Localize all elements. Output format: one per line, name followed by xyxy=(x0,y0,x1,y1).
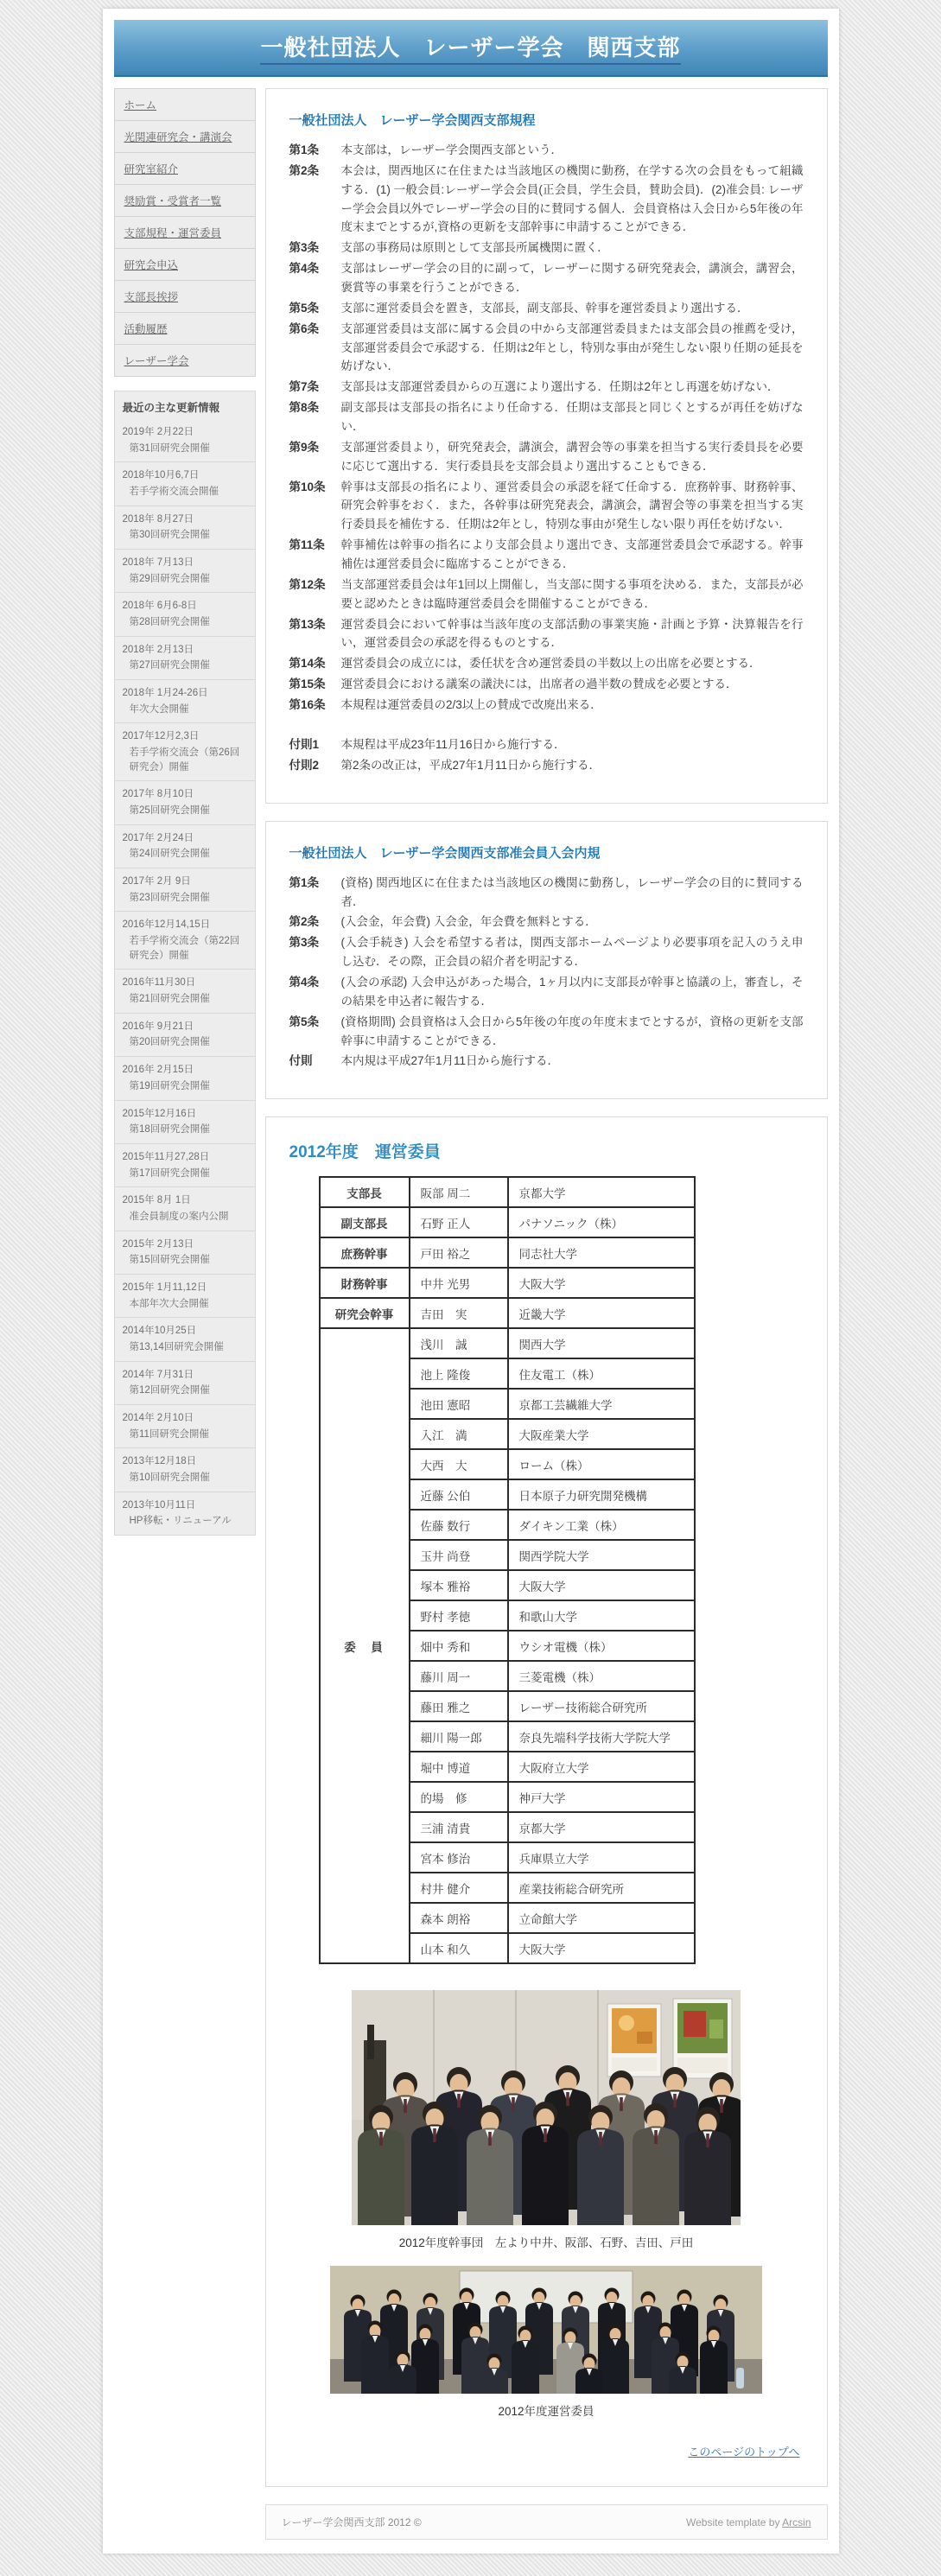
regulation-article: 第16条 本規程は運営委員の2/3以上の賛成で改廃出来る． xyxy=(289,696,804,715)
regulation-article: 第15条 運営委員会における議案の議決には，出席者の過半数の賛成を必要とする． xyxy=(289,675,804,694)
membership-article: 第1条 (資格) 関西地区に在住または当該地区の機関に勤務し，レーザー学会の目的… xyxy=(289,874,804,912)
update-entry: 2018年 6月6-8日 第28回研究会開催 xyxy=(115,592,255,635)
sidebar-nav-item[interactable]: レーザー学会 xyxy=(115,345,255,377)
article-label: 第5条 xyxy=(289,1013,341,1051)
sidebar-nav-item[interactable]: 奨励賞・受賞者一覧 xyxy=(115,185,255,217)
update-date: 2014年10月25日 xyxy=(123,1324,247,1339)
supplementary-provision: 付則1 本規程は平成23年11月16日から施行する． xyxy=(289,735,804,754)
update-entry: 2016年11月30日 第21回研究会開催 xyxy=(115,969,255,1012)
committee-member-row: 細川 陽一郎 奈良先端科学技術大学院大学 xyxy=(410,1721,694,1751)
update-event: 第15回研究会開催 xyxy=(123,1253,247,1268)
update-event: 第20回研究会開催 xyxy=(123,1035,247,1050)
update-entry: 2019年 2月22日 第31回研究会開催 xyxy=(115,419,255,461)
page-container: 一般社団法人 レーザー学会 関西支部 ホーム 光関連研究会・講演会 研究室紹介 … xyxy=(103,9,839,2554)
article-text: (資格期間) 会員資格は入会日から5年後の年度の年度末までとするが，資格の更新を… xyxy=(341,1013,804,1051)
article-label: 第16条 xyxy=(289,696,341,715)
article-text: 本会は，関西地区に在住または当該地区の機関に勤務，在学する次の会員をもって組織す… xyxy=(341,162,804,237)
officer-role: 支部長 xyxy=(321,1178,410,1206)
article-text: 第2条の改正は，平成27年1月11日から施行する． xyxy=(341,756,804,775)
sidebar-nav-item[interactable]: 支部長挨拶 xyxy=(115,281,255,313)
photo-caption-committee: 2012年度運営委員 xyxy=(289,2404,804,2420)
update-entry: 2017年12月2,3日 若手学術交流会（第26回研究会）開催 xyxy=(115,722,255,780)
back-to-top-link[interactable]: このページのトップへ xyxy=(688,2446,799,2458)
committee-member-row: 池上 隆俊 住友電工（株） xyxy=(410,1358,694,1388)
group-photo-committee xyxy=(330,2266,762,2394)
section-branch-regulations: 一般社団法人 レーザー学会関西支部規程 第1条 本支部は，レーザー学会関西支部と… xyxy=(265,88,828,804)
sidebar-nav-item[interactable]: 研究会申込 xyxy=(115,249,255,281)
regulation-article: 第12条 当支部運営委員会は年1回以上開催し，当支部に関する事項を決める．また，… xyxy=(289,576,804,614)
officer-affiliation: 京都大学 xyxy=(509,1178,694,1206)
article-text: 本支部は，レーザー学会関西支部という． xyxy=(341,141,804,160)
sidebar-nav: ホーム 光関連研究会・講演会 研究室紹介 奨励賞・受賞者一覧 支部規程・運営委員… xyxy=(114,88,256,377)
update-entry: 2016年12月14,15日 若手学術交流会（第22回研究会）開催 xyxy=(115,911,255,969)
article-label: 付則1 xyxy=(289,735,341,754)
officer-role: 財務幹事 xyxy=(321,1269,410,1297)
article-text: (入会の承認) 入会申込があった場合，1ヶ月以内に支部長が幹事と協議の上，審査し… xyxy=(341,973,804,1011)
article-label: 第2条 xyxy=(289,162,341,237)
article-label: 第7条 xyxy=(289,378,341,397)
article-label: 第8条 xyxy=(289,398,341,436)
update-date: 2016年 2月15日 xyxy=(123,1063,247,1078)
article-text: 支部運営委員は支部に属する会員の中から支部運営委員または支部会員の推薦を受け，支… xyxy=(341,320,804,377)
update-date: 2017年 2月 9日 xyxy=(123,875,247,889)
member-name: 的場 修 xyxy=(410,1783,509,1811)
update-entry: 2018年 7月13日 第29回研究会開催 xyxy=(115,549,255,592)
article-text: 当支部運営委員会は年1回以上開催し，当支部に関する事項を決める．また，支部長が必… xyxy=(341,576,804,614)
member-affiliation: レーザー技術総合研究所 xyxy=(509,1692,694,1721)
committee-member-row: 的場 修 神戸大学 xyxy=(410,1781,694,1811)
committee-member-row: 山本 和久 大阪大学 xyxy=(410,1932,694,1962)
member-affiliation: 大阪府立大学 xyxy=(509,1752,694,1781)
member-affiliation: 奈良先端科学技術大学院大学 xyxy=(509,1722,694,1751)
article-label: 第4条 xyxy=(289,259,341,297)
update-entry: 2018年 8月27日 第30回研究会開催 xyxy=(115,506,255,549)
site-header: 一般社団法人 レーザー学会 関西支部 xyxy=(114,20,828,77)
update-event: 第18回研究会開催 xyxy=(123,1123,247,1137)
member-affiliation: ローム（株） xyxy=(509,1450,694,1479)
update-event: 第13,14回研究会開催 xyxy=(123,1340,247,1355)
committee-table: 支部長 阪部 周二 京都大学 副支部長 石野 正人 パナソニック（株） xyxy=(319,1176,696,1964)
update-date: 2013年12月18日 xyxy=(123,1454,247,1469)
update-date: 2016年 9月21日 xyxy=(123,1020,247,1034)
update-entry: 2013年10月11日 HP移転・リニューアル xyxy=(115,1492,255,1535)
update-date: 2016年12月14,15日 xyxy=(123,918,247,932)
member-affiliation: 日本原子力研究開発機構 xyxy=(509,1480,694,1509)
officer-affiliation: 同志社大学 xyxy=(509,1238,694,1267)
update-entry: 2015年 8月 1日 准会員制度の案内公開 xyxy=(115,1186,255,1230)
update-event: 本部年次大会開催 xyxy=(123,1297,247,1312)
member-name: 野村 孝徳 xyxy=(410,1601,509,1630)
article-text: 運営委員会における議案の議決には，出席者の過半数の賛成を必要とする． xyxy=(341,675,804,694)
membership-article: 付則 本内規は平成27年1月11日から施行する． xyxy=(289,1052,804,1071)
committee-member-row: 宮本 修治 兵庫県立大学 xyxy=(410,1841,694,1872)
update-event: 第29回研究会開催 xyxy=(123,572,247,587)
update-event: 第23回研究会開催 xyxy=(123,891,247,906)
committee-officer-row: 副支部長 石野 正人 パナソニック（株） xyxy=(321,1206,694,1237)
article-text: (資格) 関西地区に在住または当該地区の機関に勤務し，レーザー学会の目的に賛同す… xyxy=(341,874,804,912)
regulations-heading: 一般社団法人 レーザー学会関西支部規程 xyxy=(289,111,804,129)
committee-officer-row: 支部長 阪部 周二 京都大学 xyxy=(321,1178,694,1206)
regulation-article: 第11条 幹事補佐は幹事の指名により支部会員より選出でき、支部運営委員会で承認す… xyxy=(289,536,804,574)
membership-article: 第3条 (入会手続き) 入会を希望する者は，関西支部ホームページより必要事項を記… xyxy=(289,933,804,971)
update-entry: 2015年11月27,28日 第17回研究会開催 xyxy=(115,1143,255,1186)
update-event: 若手学術交流会（第22回研究会）開催 xyxy=(123,934,247,963)
committee-member-row: 池田 憲昭 京都工芸繊維大学 xyxy=(410,1388,694,1418)
member-name: 三浦 清貴 xyxy=(410,1813,509,1841)
member-name: 畑中 秀和 xyxy=(410,1631,509,1660)
article-label: 第13条 xyxy=(289,615,341,653)
update-date: 2019年 2月22日 xyxy=(123,425,247,440)
article-text: 支部運営委員より，研究発表会，講演会，講習会等の事業を担当する実行委員長を必要に… xyxy=(341,438,804,476)
officer-affiliation: 近畿大学 xyxy=(509,1299,694,1327)
officer-name: 吉田 実 xyxy=(410,1299,509,1327)
officer-name: 石野 正人 xyxy=(410,1208,509,1237)
photo-caption-secretaries: 2012年度幹事団 左より中井、阪部、石野、吉田、戸田 xyxy=(289,2236,804,2252)
article-text: 運営委員会において幹事は当該年度の支部活動の事業実施・計画と予算・決算報告を行い… xyxy=(341,615,804,653)
committee-member-row: 畑中 秀和 ウシオ電機（株） xyxy=(410,1630,694,1660)
article-label: 第1条 xyxy=(289,874,341,912)
update-event: 第24回研究会開催 xyxy=(123,847,247,862)
update-event: 第28回研究会開催 xyxy=(123,615,247,630)
update-event: 准会員制度の案内公開 xyxy=(123,1210,247,1224)
member-name: 池上 隆俊 xyxy=(410,1359,509,1388)
sidebar-nav-item[interactable]: ホーム xyxy=(115,89,255,121)
update-date: 2018年 1月24-26日 xyxy=(123,686,247,701)
arcsin-link[interactable]: Arcsin xyxy=(782,2516,811,2528)
update-entry: 2018年10月6,7日 若手学術交流会開催 xyxy=(115,461,255,505)
sidebar-nav-item[interactable]: 活動履歴 xyxy=(115,313,255,345)
committee-member-row: 藤田 雅之 レーザー技術総合研究所 xyxy=(410,1690,694,1721)
committee-officer-row: 研究会幹事 吉田 実 近畿大学 xyxy=(321,1297,694,1327)
committee-member-row: 森本 朗裕 立命館大学 xyxy=(410,1902,694,1932)
member-affiliation: 大阪産業大学 xyxy=(509,1420,694,1448)
officer-affiliation: 大阪大学 xyxy=(509,1269,694,1297)
article-label: 第4条 xyxy=(289,973,341,1011)
update-date: 2018年 2月13日 xyxy=(123,643,247,658)
officer-affiliation: パナソニック（株） xyxy=(509,1208,694,1237)
update-date: 2018年 6月6-8日 xyxy=(123,599,247,614)
committee-member-row: 玉井 尚登 関西学院大学 xyxy=(410,1539,694,1569)
main-content: 一般社団法人 レーザー学会関西支部規程 第1条 本支部は，レーザー学会関西支部と… xyxy=(265,88,828,2540)
template-credit-text: Website template by xyxy=(686,2516,782,2528)
update-entry: 2013年12月18日 第10回研究会開催 xyxy=(115,1447,255,1491)
update-date: 2018年 7月13日 xyxy=(123,556,247,570)
article-text: 本内規は平成27年1月11日から施行する． xyxy=(341,1052,804,1071)
committee-member-row: 近藤 公伯 日本原子力研究開発機構 xyxy=(410,1479,694,1509)
update-date: 2017年12月2,3日 xyxy=(123,729,247,744)
update-event: 第27回研究会開催 xyxy=(123,658,247,673)
update-entry: 2015年12月16日 第18回研究会開催 xyxy=(115,1100,255,1143)
committee-member-row: 藤川 周一 三菱電機（株） xyxy=(410,1660,694,1690)
article-text: 支部に運営委員会を置き，支部長，副支部長、幹事を運営委員より選出する． xyxy=(341,299,804,318)
update-event: 第25回研究会開催 xyxy=(123,804,247,818)
article-label: 第5条 xyxy=(289,299,341,318)
article-label: 第1条 xyxy=(289,141,341,160)
site-title-link[interactable]: 一般社団法人 レーザー学会 関西支部 xyxy=(260,30,680,65)
regulation-article: 第1条 本支部は，レーザー学会関西支部という． xyxy=(289,141,804,160)
member-affiliation: 関西学院大学 xyxy=(509,1541,694,1569)
member-name: 塚本 雅裕 xyxy=(410,1571,509,1600)
article-text: 幹事補佐は幹事の指名により支部会員より選出でき、支部運営委員会で承認する。幹事補… xyxy=(341,536,804,574)
committee-member-row: 村井 健介 産業技術総合研究所 xyxy=(410,1872,694,1902)
update-date: 2015年11月27,28日 xyxy=(123,1150,247,1165)
member-affiliation: 立命館大学 xyxy=(509,1904,694,1932)
update-event: 若手学術交流会開催 xyxy=(123,485,247,499)
update-entry: 2017年 2月 9日 第23回研究会開催 xyxy=(115,868,255,911)
update-date: 2015年12月16日 xyxy=(123,1107,247,1122)
committee-member-row: 三浦 清貴 京都大学 xyxy=(410,1811,694,1841)
member-name: 入江 満 xyxy=(410,1420,509,1448)
committee-member-row: 佐藤 数行 ダイキン工業（株） xyxy=(410,1509,694,1539)
committee-officer-row: 庶務幹事 戸田 裕之 同志社大学 xyxy=(321,1237,694,1267)
committee-member-row: 堀中 博道 大阪府立大学 xyxy=(410,1751,694,1781)
regulation-article: 第4条 支部はレーザー学会の目的に副って，レーザーに関する研究発表会，講演会，講… xyxy=(289,259,804,297)
update-entry: 2015年 2月13日 第15回研究会開催 xyxy=(115,1231,255,1274)
sidebar-nav-item[interactable]: 支部規程・運営委員 xyxy=(115,217,255,249)
member-name: 池田 憲昭 xyxy=(410,1390,509,1418)
update-date: 2015年 1月11,12日 xyxy=(123,1281,247,1295)
update-entry: 2016年 2月15日 第19回研究会開催 xyxy=(115,1056,255,1099)
member-name: 浅川 誠 xyxy=(410,1329,509,1358)
article-label: 第6条 xyxy=(289,320,341,377)
member-affiliation: 和歌山大学 xyxy=(509,1601,694,1630)
officer-role: 副支部長 xyxy=(321,1208,410,1237)
member-affiliation: 兵庫県立大学 xyxy=(509,1843,694,1872)
update-event: 第19回研究会開催 xyxy=(123,1079,247,1094)
members-role-label: 委 員 xyxy=(321,1329,410,1962)
update-entry: 2014年 7月31日 第12回研究会開催 xyxy=(115,1361,255,1404)
member-affiliation: ウシオ電機（株） xyxy=(509,1631,694,1660)
regulation-article: 第10条 幹事は支部長の指名により、運営委員会の承認を経て任命する．庶務幹事、財… xyxy=(289,478,804,535)
member-name: 細川 陽一郎 xyxy=(410,1722,509,1751)
supplementary-provision: 付則2 第2条の改正は，平成27年1月11日から施行する． xyxy=(289,756,804,775)
article-label: 第14条 xyxy=(289,654,341,673)
committee-member-row: 大西 大 ローム（株） xyxy=(410,1448,694,1479)
member-affiliation: 京都大学 xyxy=(509,1813,694,1841)
update-event: 若手学術交流会（第26回研究会）開催 xyxy=(123,746,247,774)
update-event: 第21回研究会開催 xyxy=(123,992,247,1007)
regulation-article: 第3条 支部の事務局は原則として支部長所属機関に置く． xyxy=(289,239,804,258)
member-affiliation: 神戸大学 xyxy=(509,1783,694,1811)
member-affiliation: 住友電工（株） xyxy=(509,1359,694,1388)
regulation-article: 第5条 支部に運営委員会を置き，支部長，副支部長、幹事を運営委員より選出する． xyxy=(289,299,804,318)
member-affiliation: 産業技術総合研究所 xyxy=(509,1873,694,1902)
regulation-article: 第8条 副支部長は支部長の指名により任命する．任期は支部長と同じくとするが再任を… xyxy=(289,398,804,436)
article-label: 付則 xyxy=(289,1052,341,1071)
article-text: (入会金，年会費) 入会金，年会費を無料とする． xyxy=(341,913,804,932)
sidebar-nav-item[interactable]: 光関連研究会・講演会 xyxy=(115,121,255,153)
update-date: 2014年 7月31日 xyxy=(123,1368,247,1383)
update-entry: 2017年 8月10日 第25回研究会開催 xyxy=(115,780,255,824)
section-associate-membership-rules: 一般社団法人 レーザー学会関西支部准会員入会内規 第1条 (資格) 関西地区に在… xyxy=(265,821,828,1100)
member-name: 近藤 公伯 xyxy=(410,1480,509,1509)
update-event: 第12回研究会開催 xyxy=(123,1383,247,1398)
update-entry: 2018年 2月13日 第27回研究会開催 xyxy=(115,636,255,679)
membership-article: 第5条 (資格期間) 会員資格は入会日から5年後の年度の年度末までとするが，資格… xyxy=(289,1013,804,1051)
article-text: 運営委員会の成立には，委任状を含め運営委員の半数以上の出席を必要とする． xyxy=(341,654,804,673)
article-label: 第3条 xyxy=(289,239,341,258)
membership-article: 第2条 (入会金，年会費) 入会金，年会費を無料とする． xyxy=(289,913,804,932)
member-affiliation: 京都工芸繊維大学 xyxy=(509,1390,694,1418)
member-affiliation: ダイキン工業（株） xyxy=(509,1511,694,1539)
committee-member-row: 浅川 誠 関西大学 xyxy=(410,1329,694,1358)
update-event: 第30回研究会開催 xyxy=(123,528,247,543)
article-label: 第10条 xyxy=(289,478,341,535)
article-text: 支部長は支部運営委員からの互選により選出する．任期は2年とし再選を妨げない． xyxy=(341,378,804,397)
update-entry: 2017年 2月24日 第24回研究会開催 xyxy=(115,824,255,868)
regulation-article: 第6条 支部運営委員は支部に属する会員の中から支部運営委員または支部会員の推薦を… xyxy=(289,320,804,377)
article-label: 第11条 xyxy=(289,536,341,574)
member-name: 玉井 尚登 xyxy=(410,1541,509,1569)
update-event: 第17回研究会開催 xyxy=(123,1167,247,1181)
update-date: 2018年10月6,7日 xyxy=(123,468,247,483)
article-label: 第3条 xyxy=(289,933,341,971)
update-date: 2015年 2月13日 xyxy=(123,1237,247,1252)
member-name: 山本 和久 xyxy=(410,1934,509,1962)
update-date: 2016年11月30日 xyxy=(123,976,247,990)
article-text: 幹事は支部長の指名により、運営委員会の承認を経て任命する．庶務幹事、財務幹事、研… xyxy=(341,478,804,535)
update-date: 2017年 8月10日 xyxy=(123,787,247,802)
section-steering-committee: 2012年度 運営委員 支部長 阪部 周二 京都大学 副支部長 xyxy=(265,1116,828,2487)
updates-heading: 最近の主な更新情報 xyxy=(115,391,255,419)
member-name: 宮本 修治 xyxy=(410,1843,509,1872)
article-label: 付則2 xyxy=(289,756,341,775)
article-text: 副支部長は支部長の指名により任命する．任期は支部長と同じくとするが再任を妨げない… xyxy=(341,398,804,436)
regulation-article: 第2条 本会は，関西地区に在住または当該地区の機関に勤務，在学する次の会員をもっ… xyxy=(289,162,804,237)
article-text: 支部はレーザー学会の目的に副って，レーザーに関する研究発表会，講演会，講習会，褒… xyxy=(341,259,804,297)
article-text: 本規程は平成23年11月16日から施行する． xyxy=(341,735,804,754)
update-date: 2013年10月11日 xyxy=(123,1498,247,1513)
committee-members-block: 委 員 浅川 誠 関西大学 池上 隆俊 住 xyxy=(321,1327,694,1962)
update-event: HP移転・リニューアル xyxy=(123,1514,247,1529)
article-label: 第12条 xyxy=(289,576,341,614)
officer-name: 阪部 周二 xyxy=(410,1178,509,1206)
update-date: 2017年 2月24日 xyxy=(123,831,247,846)
officer-role: 研究会幹事 xyxy=(321,1299,410,1327)
committee-member-row: 野村 孝徳 和歌山大学 xyxy=(410,1600,694,1630)
committee-member-row: 塚本 雅裕 大阪大学 xyxy=(410,1569,694,1600)
member-affiliation: 関西大学 xyxy=(509,1329,694,1358)
member-name: 藤田 雅之 xyxy=(410,1692,509,1721)
article-label: 第2条 xyxy=(289,913,341,932)
sidebar-updates: 最近の主な更新情報 2019年 2月22日 第31回研究会開催 2018年10月… xyxy=(114,391,256,1536)
update-entry: 2014年 2月10日 第11回研究会開催 xyxy=(115,1404,255,1447)
member-name: 堀中 博道 xyxy=(410,1752,509,1781)
update-event: 第11回研究会開催 xyxy=(123,1428,247,1442)
committee-officer-row: 財務幹事 中井 光男 大阪大学 xyxy=(321,1267,694,1297)
update-event: 第31回研究会開催 xyxy=(123,442,247,456)
regulation-article: 第7条 支部長は支部運営委員からの互選により選出する．任期は2年とし再選を妨げな… xyxy=(289,378,804,397)
committee-member-row: 入江 満 大阪産業大学 xyxy=(410,1418,694,1448)
officer-role: 庶務幹事 xyxy=(321,1238,410,1267)
regulation-article: 第14条 運営委員会の成立には，委任状を含め運営委員の半数以上の出席を必要とする… xyxy=(289,654,804,673)
template-credit: Website template by Arcsin xyxy=(686,2516,811,2528)
update-date: 2014年 2月10日 xyxy=(123,1411,247,1426)
article-text: 本規程は運営委員の2/3以上の賛成で改廃出来る． xyxy=(341,696,804,715)
article-text: 支部の事務局は原則として支部長所属機関に置く． xyxy=(341,239,804,258)
member-name: 村井 健介 xyxy=(410,1873,509,1902)
update-date: 2015年 8月 1日 xyxy=(123,1193,247,1208)
member-name: 佐藤 数行 xyxy=(410,1511,509,1539)
officer-name: 中井 光男 xyxy=(410,1269,509,1297)
membership-rules-heading: 一般社団法人 レーザー学会関西支部准会員入会内規 xyxy=(289,843,804,862)
member-affiliation: 大阪大学 xyxy=(509,1934,694,1962)
regulation-article: 第13条 運営委員会において幹事は当該年度の支部活動の事業実施・計画と予算・決算… xyxy=(289,615,804,653)
member-name: 森本 朗裕 xyxy=(410,1904,509,1932)
member-affiliation: 大阪大学 xyxy=(509,1571,694,1600)
officer-name: 戸田 裕之 xyxy=(410,1238,509,1267)
article-label: 第15条 xyxy=(289,675,341,694)
article-label: 第9条 xyxy=(289,438,341,476)
site-footer: レーザー学会関西支部 2012 © Website template by Ar… xyxy=(265,2504,828,2540)
update-entry: 2015年 1月11,12日 本部年次大会開催 xyxy=(115,1274,255,1317)
regulation-article: 第9条 支部運営委員より，研究発表会，講演会，講習会等の事業を担当する実行委員長… xyxy=(289,438,804,476)
sidebar-nav-item[interactable]: 研究室紹介 xyxy=(115,153,255,185)
copyright-text: レーザー学会関西支部 2012 © xyxy=(282,2515,422,2529)
update-entry: 2018年 1月24-26日 年次大会開催 xyxy=(115,679,255,722)
update-event: 第10回研究会開催 xyxy=(123,1471,247,1485)
update-entry: 2014年10月25日 第13,14回研究会開催 xyxy=(115,1317,255,1360)
member-name: 大西 大 xyxy=(410,1450,509,1479)
sidebar: ホーム 光関連研究会・講演会 研究室紹介 奨励賞・受賞者一覧 支部規程・運営委員… xyxy=(114,88,256,1536)
update-date: 2018年 8月27日 xyxy=(123,512,247,527)
member-affiliation: 三菱電機（株） xyxy=(509,1662,694,1690)
member-name: 藤川 周一 xyxy=(410,1662,509,1690)
update-event: 年次大会開催 xyxy=(123,703,247,717)
update-entry: 2016年 9月21日 第20回研究会開催 xyxy=(115,1013,255,1056)
article-text: (入会手続き) 入会を希望する者は，関西支部ホームページより必要事項を記入のうえ… xyxy=(341,933,804,971)
group-photo-secretaries xyxy=(352,1990,741,2225)
membership-article: 第4条 (入会の承認) 入会申込があった場合，1ヶ月以内に支部長が幹事と協議の上… xyxy=(289,973,804,1011)
committee-heading: 2012年度 運営委員 xyxy=(289,1139,804,1162)
